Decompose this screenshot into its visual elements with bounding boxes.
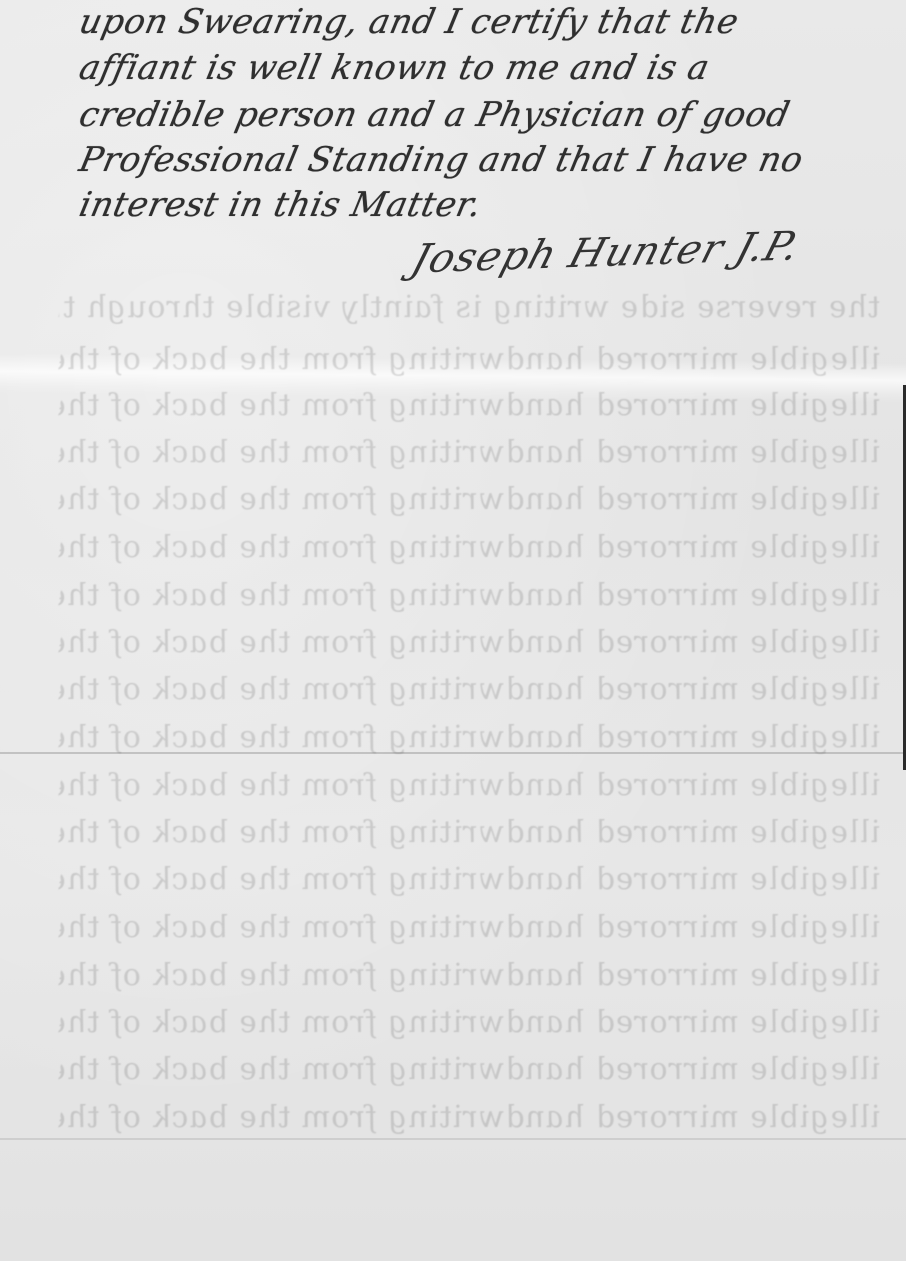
bleed-through-line: illegible mirrored handwriting from the … — [57, 530, 883, 565]
bleed-through-line: illegible mirrored handwriting from the … — [57, 958, 883, 993]
bleed-through-line: illegible mirrored handwriting from the … — [57, 435, 883, 470]
bleed-through-line: illegible mirrored handwriting from the … — [57, 672, 883, 707]
bleed-through-line: illegible mirrored handwriting from the … — [57, 1100, 883, 1135]
bleed-through-line: illegible mirrored handwriting from the … — [57, 1052, 883, 1087]
justice-of-peace-signature: Joseph Hunter J.P. — [406, 223, 805, 282]
bleed-through-line: illegible mirrored handwriting from the … — [57, 1005, 883, 1040]
bleed-through-line: illegible mirrored handwriting from the … — [57, 768, 883, 803]
bleed-through-line: illegible mirrored handwriting from the … — [57, 625, 883, 660]
handwritten-line-1: upon Swearing, and I certify that the — [76, 2, 743, 42]
bleed-through-line: the reverse side writing is faintly visi… — [57, 290, 883, 325]
bleed-through-line: illegible mirrored handwriting from the … — [57, 910, 883, 945]
handwritten-line-3: credible person and a Physician of good — [76, 95, 794, 135]
bleed-through-line: illegible mirrored handwriting from the … — [57, 862, 883, 897]
handwritten-line-4: Professional Standing and that I have no — [76, 140, 807, 180]
bleed-through-line: illegible mirrored handwriting from the … — [57, 720, 883, 755]
handwritten-line-5: interest in this Matter. — [76, 185, 485, 225]
bleed-through-line: illegible mirrored handwriting from the … — [57, 482, 883, 517]
bleed-through-line: illegible mirrored handwriting from the … — [57, 388, 883, 423]
document-page: the reverse side writing is faintly visi… — [0, 0, 906, 1261]
handwritten-line-2: affiant is well known to me and is a — [76, 48, 713, 88]
bleed-through-line: illegible mirrored handwriting from the … — [57, 815, 883, 850]
paper-fold-line-lower — [0, 1138, 906, 1140]
bleed-through-line: illegible mirrored handwriting from the … — [57, 342, 883, 377]
bleed-through-line: illegible mirrored handwriting from the … — [57, 578, 883, 613]
